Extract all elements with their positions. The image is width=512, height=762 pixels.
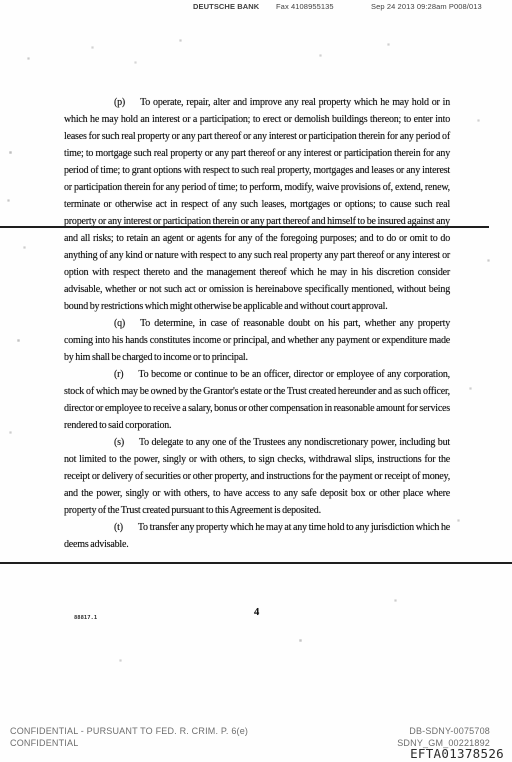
page-number: 4 (254, 607, 259, 618)
paragraph-t: (t)To transfer any property which he may… (64, 519, 450, 553)
paragraph-p-text: To operate, repair, alter and improve an… (64, 97, 450, 312)
confidentiality-footer: CONFIDENTIAL - PURSUANT TO FED. R. CRIM.… (10, 725, 248, 749)
bates-stamp: EFTA01378526 (410, 746, 504, 761)
scan-artifact-line-lower (0, 562, 512, 564)
paragraph-s-label: (s) (114, 437, 124, 448)
fax-transmission-header: DEUTSCHE BANK Fax 4108955135 Sep 24 2013… (0, 1, 512, 13)
paragraph-s: (s)To delegate to any one of the Trustee… (64, 434, 450, 519)
paragraph-r-label: (r) (114, 369, 123, 380)
document-body: (p)To operate, repair, alter and improve… (64, 94, 450, 553)
fax-timestamp-page-stamp: Sep 24 2013 09:28am P008/013 (371, 2, 482, 11)
paragraph-p-label: (p) (114, 97, 125, 108)
paragraph-t-label: (t) (114, 522, 123, 533)
paragraph-r: (r)To become or continue to be an office… (64, 366, 450, 434)
confidentiality-line-2: CONFIDENTIAL (10, 737, 248, 749)
fax-sender-name: DEUTSCHE BANK (193, 2, 259, 11)
paragraph-q: (q)To determine, in case of reasonable d… (64, 315, 450, 366)
paragraph-p: (p)To operate, repair, alter and improve… (64, 94, 450, 315)
paragraph-q-label: (q) (114, 318, 125, 329)
document-control-number: 88817.1 (74, 615, 97, 621)
fax-number: Fax 4108955135 (276, 2, 334, 11)
scan-artifact-line-upper (0, 226, 489, 228)
scanned-document-page: DEUTSCHE BANK Fax 4108955135 Sep 24 2013… (0, 0, 512, 762)
paragraph-s-text: To delegate to any one of the Trustees a… (64, 437, 450, 516)
fax-noise-speckles (0, 0, 1, 1)
production-number-db-sdny: DB-SDNY-0075708 (397, 725, 490, 737)
confidentiality-line-1: CONFIDENTIAL - PURSUANT TO FED. R. CRIM.… (10, 725, 248, 737)
